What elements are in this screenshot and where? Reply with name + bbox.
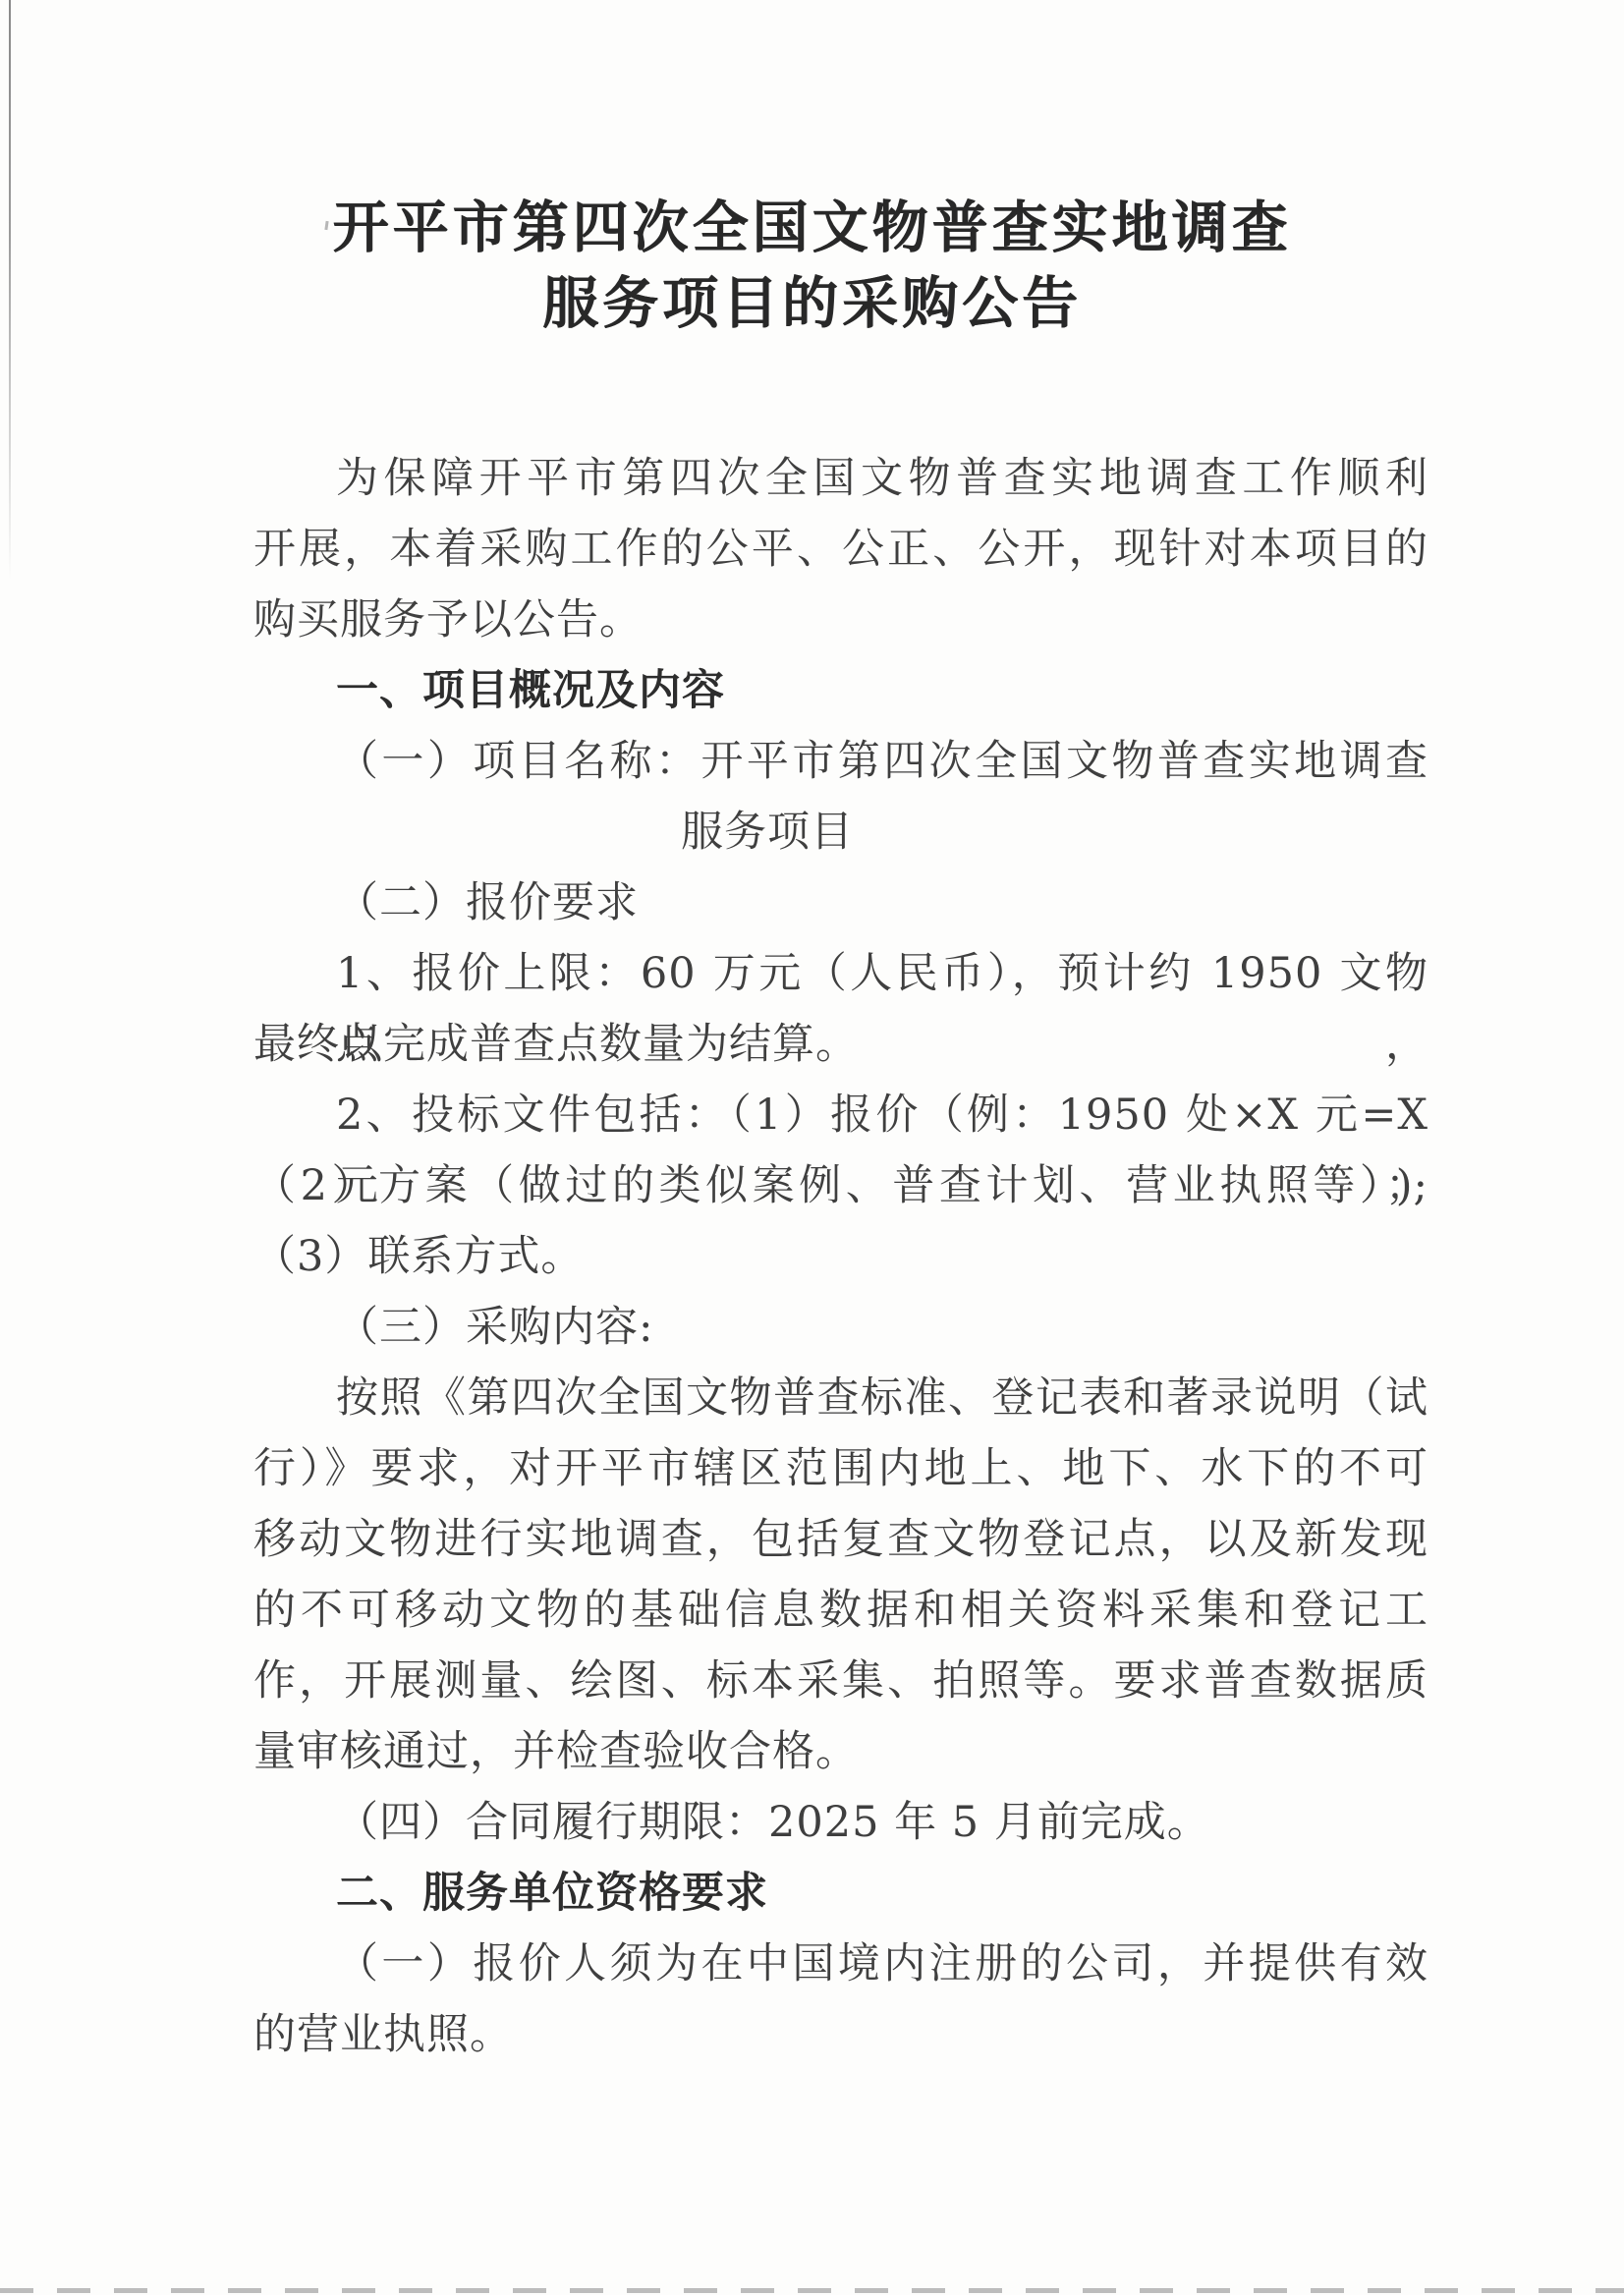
document-line: 服务项目 xyxy=(253,797,1428,868)
document-line: （二）报价要求 xyxy=(253,868,1428,938)
document-line: （一）项目名称：开平市第四次全国文物普查实地调查 xyxy=(253,726,1428,797)
document-line: 的营业执照。 xyxy=(253,1999,1428,2070)
document-line: 的不可移动文物的基础信息数据和相关资料采集和登记工 xyxy=(253,1575,1428,1646)
document-line: 为保障开平市第四次全国文物普查实地调查工作顺利 xyxy=(253,443,1428,514)
document-title: 开平市第四次全国文物普查实地调查 服务项目的采购公告 xyxy=(0,190,1624,341)
document-line: 1、报价上限：60 万元（人民币），预计约 1950 文物点， xyxy=(253,938,1428,1009)
document-line: 行）》要求，对开平市辖区范围内地上、地下、水下的不可 xyxy=(253,1433,1428,1504)
document-line: 购买服务予以公告。 xyxy=(253,585,1428,655)
document-line: （一）报价人须为在中国境内注册的公司，并提供有效 xyxy=(253,1929,1428,1999)
document-line: 量审核通过，并检查验收合格。 xyxy=(253,1716,1428,1787)
document-line: （三）采购内容: xyxy=(253,1292,1428,1363)
document-page: 开平市第四次全国文物普查实地调查 服务项目的采购公告 为保障开平市第四次全国文物… xyxy=(0,0,1624,2295)
document-line: 按照《第四次全国文物普查标准、登记表和著录说明（试 xyxy=(253,1363,1428,1433)
document-title-line-2: 服务项目的采购公告 xyxy=(0,265,1624,341)
document-line: 开展，本着采购工作的公平、公正、公开，现针对本项目的 xyxy=(253,514,1428,585)
scan-artifact-bottom-strip xyxy=(0,2288,1624,2293)
document-line: 作，开展测量、绘图、标本采集、拍照等。要求普查数据质 xyxy=(253,1646,1428,1716)
document-title-line-1: 开平市第四次全国文物普查实地调查 xyxy=(0,190,1624,265)
document-line: 移动文物进行实地调查，包括复查文物登记点，以及新发现 xyxy=(253,1504,1428,1575)
document-body: 为保障开平市第四次全国文物普查实地调查工作顺利开展，本着采购工作的公平、公正、公… xyxy=(253,443,1428,2070)
document-line: 一、项目概况及内容 xyxy=(253,655,1428,726)
document-line: （2）方案（做过的类似案例、普查计划、营业执照等）； xyxy=(253,1150,1428,1221)
document-line: （3）联系方式。 xyxy=(253,1221,1428,1292)
document-line: （四）合同履行期限：2025 年 5 月前完成。 xyxy=(253,1787,1428,1858)
document-line: 二、服务单位资格要求 xyxy=(253,1858,1428,1929)
document-line: 2、投标文件包括：（1）报价（例：1950 处×X 元=X 元); xyxy=(253,1080,1428,1150)
